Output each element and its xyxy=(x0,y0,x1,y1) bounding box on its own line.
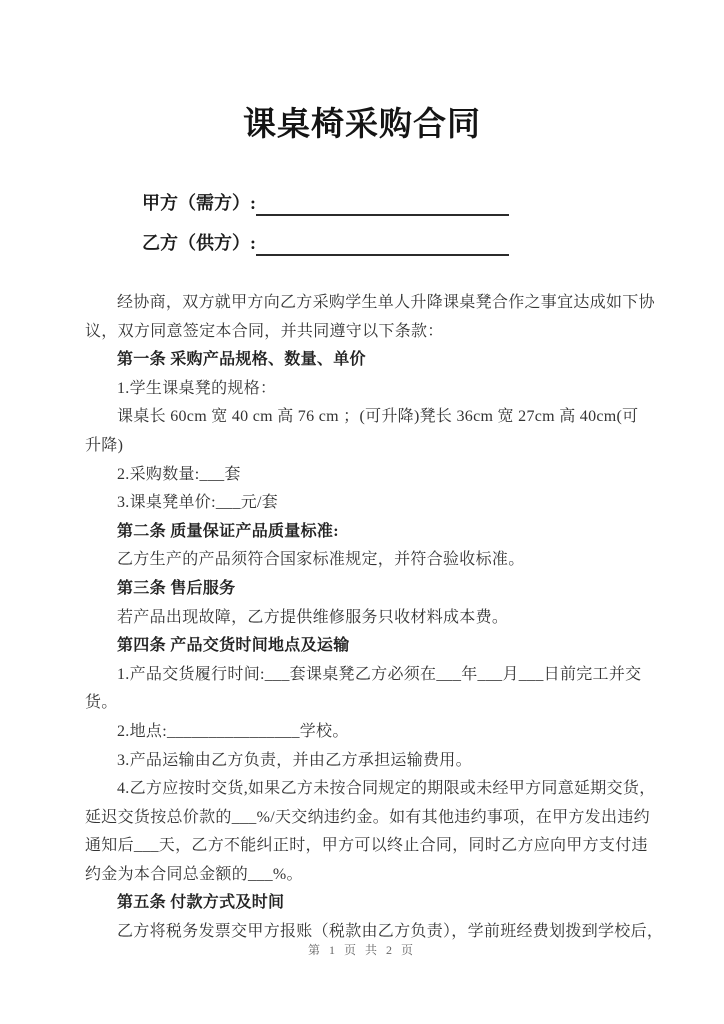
document-line: 第三条 售后服务 xyxy=(85,575,645,604)
document-line: 升降) xyxy=(85,432,645,461)
document-line: 乙方生产的产品须符合国家标准规定，并符合验收标准。 xyxy=(85,546,645,575)
document-line: 1.产品交货履行时间:___套课桌凳乙方必须在___年___月___日前完工并交 xyxy=(85,661,645,690)
document-line: 第五条 付款方式及时间 xyxy=(85,889,645,918)
document-line: 第二条 质量保证产品质量标准: xyxy=(85,518,645,547)
document-line: 3.课桌凳单价:___元/套 xyxy=(85,489,645,518)
document-line: 课桌长 60cm 宽 40 cm 高 76 cm ；(可升降)凳长 36cm 宽… xyxy=(85,403,645,432)
document-line: 第一条 采购产品规格、数量、单价 xyxy=(85,346,645,375)
party-a-blank-line xyxy=(256,194,509,216)
party-b-label: 乙方（供方）: xyxy=(142,230,256,256)
document-line: 4.乙方应按时交货,如果乙方未按合同规定的期限或未经甲方同意延期交货， xyxy=(85,775,645,804)
document-body: 经协商，双方就甲方向乙方采购学生单人升降课桌凳合作之事宜达成如下协议，双方同意签… xyxy=(85,289,645,947)
document-line: 第四条 产品交货时间地点及运输 xyxy=(85,632,645,661)
document-line: 约金为本合同总金额的___%。 xyxy=(85,861,645,890)
document-line: 若产品出现故障，乙方提供维修服务只收材料成本费。 xyxy=(85,604,645,633)
document-title: 课桌椅采购合同 xyxy=(0,98,724,145)
party-b-row: 乙方（供方）: xyxy=(142,216,724,256)
document-line: 2.采购数量:___套 xyxy=(85,461,645,490)
contract-page: 课桌椅采购合同 甲方（需方）: 乙方（供方）: 经协商，双方就甲方向乙方采购学生… xyxy=(0,0,724,1024)
party-a-label: 甲方（需方）: xyxy=(142,190,256,216)
document-line: 3.产品运输由乙方负责，并由乙方承担运输费用。 xyxy=(85,747,645,776)
document-line: 议，双方同意签定本合同，并共同遵守以下条款： xyxy=(85,318,645,347)
party-block: 甲方（需方）: 乙方（供方）: xyxy=(142,176,724,256)
document-line: 通知后___天，乙方不能纠正时，甲方可以终止合同，同时乙方应向甲方支付违 xyxy=(85,832,645,861)
document-line: 延迟交货按总价款的___%/天交纳违约金。如有其他违约事项，在甲方发出违约 xyxy=(85,804,645,833)
document-line: 2.地点:________________学校。 xyxy=(85,718,645,747)
document-line: 经协商，双方就甲方向乙方采购学生单人升降课桌凳合作之事宜达成如下协 xyxy=(85,289,645,318)
document-line: 货。 xyxy=(85,689,645,718)
party-b-blank-line xyxy=(256,234,509,256)
page-number-footer: 第 1 页 共 2 页 xyxy=(0,941,724,958)
document-line: 1.学生课桌凳的规格： xyxy=(85,375,645,404)
party-a-row: 甲方（需方）: xyxy=(142,176,724,216)
